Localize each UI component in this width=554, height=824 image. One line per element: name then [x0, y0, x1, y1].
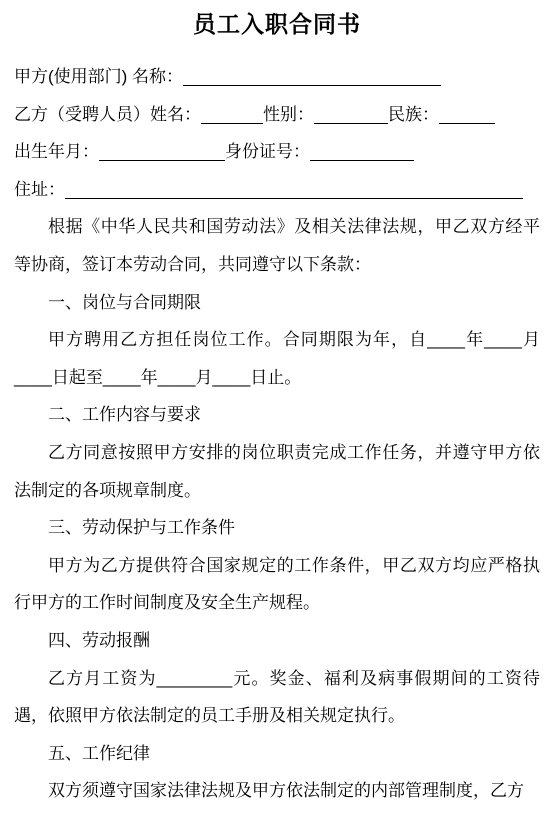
field-row-birth-id: 出生年月：身份证号：	[14, 133, 540, 171]
birth-date-label: 出生年月：	[14, 142, 99, 161]
section-1-body: 甲方聘用乙方担任岗位工作。合同期限为年，自____年____月____日起至__…	[14, 321, 540, 396]
address-blank-field	[65, 178, 523, 199]
id-number-label: 身份证号：	[225, 142, 310, 161]
section-4-body: 乙方月工资为________元。奖金、福利及病事假期间的工资待遇，依照甲方依法制…	[14, 660, 540, 735]
section-5-heading: 五、工作纪律	[14, 735, 540, 773]
field-row-address: 住址：	[14, 171, 540, 209]
preamble-paragraph: 根据《中华人民共和国劳动法》及相关法律法规，甲乙双方经平等协商，签订本劳动合同，…	[14, 208, 540, 283]
section-2-body: 乙方同意按照甲方安排的岗位职责完成工作任务，并遵守甲方依法制定的各项规章制度。	[14, 434, 540, 509]
ethnicity-label: 民族：	[388, 105, 439, 124]
document-body: 甲方(使用部门) 名称： 乙方（受聘人员）姓名：性别：民族： 出生年月：身份证号…	[14, 58, 540, 810]
gender-label: 性别：	[263, 105, 314, 124]
id-number-blank-field	[310, 140, 414, 161]
birth-date-blank-field	[99, 140, 225, 161]
party-a-name-label: 甲方(使用部门) 名称：	[14, 67, 183, 86]
section-3-body: 甲方为乙方提供符合国家规定的工作条件，甲乙双方均应严格执行甲方的工作时间制度及安…	[14, 547, 540, 622]
party-a-name-blank-field	[183, 65, 441, 86]
gender-blank-field	[314, 103, 388, 124]
document-title: 员工入职合同书	[14, 8, 540, 40]
contract-document-page: 员工入职合同书 甲方(使用部门) 名称： 乙方（受聘人员）姓名：性别：民族： 出…	[0, 0, 554, 824]
party-b-name-blank-field	[201, 103, 263, 124]
section-3-heading: 三、劳动保护与工作条件	[14, 509, 540, 547]
field-row-party-a: 甲方(使用部门) 名称：	[14, 58, 540, 96]
ethnicity-blank-field	[439, 103, 495, 124]
section-4-heading: 四、劳动报酬	[14, 622, 540, 660]
section-1-heading: 一、岗位与合同期限	[14, 284, 540, 322]
section-5-body: 双方须遵守国家法律法规及甲方依法制定的内部管理制度，乙方	[14, 772, 540, 810]
section-2-heading: 二、工作内容与要求	[14, 396, 540, 434]
party-b-name-label: 乙方（受聘人员）姓名：	[14, 105, 201, 124]
field-row-party-b: 乙方（受聘人员）姓名：性别：民族：	[14, 96, 540, 134]
address-label: 住址：	[14, 180, 65, 199]
